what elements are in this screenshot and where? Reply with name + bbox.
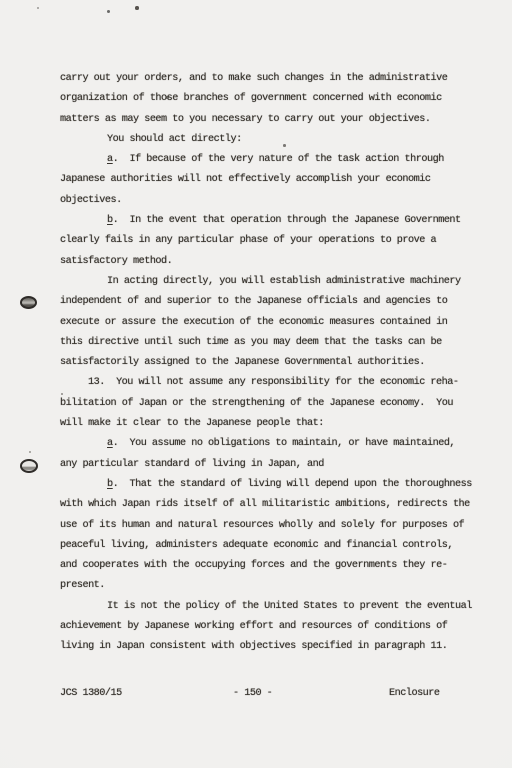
document-line: In acting directly, you will establish a… [60,272,490,292]
speck [135,6,139,10]
document-line: will make it clear to the Japanese peopl… [60,414,490,434]
footer-enclosure-label: Enclosure [389,688,440,699]
document-line: living in Japan consistent with objectiv… [60,637,490,657]
document-line: clearly fails in any particular phase of… [60,231,490,251]
footer-doc-number: JCS 1380/15 [60,688,122,699]
document-line: present. [60,576,490,596]
document-line: a. You assume no obligations to maintain… [60,434,490,454]
document-line: achievement by Japanese working effort a… [60,617,490,637]
document-line: carry out your orders, and to make such … [60,69,490,89]
document-line: and cooperates with the occupying forces… [60,556,490,576]
document-line: use of its human and natural resources w… [60,516,490,536]
ink-blot-mark [20,296,37,309]
document-line: any particular standard of living in Jap… [60,455,490,475]
document-footer: JCS 1380/15 - 150 - Enclosure [0,688,512,709]
document-line: satisfactory method. [60,252,490,272]
document-line: b. In the event that operation through t… [60,211,490,231]
document-line: independent of and superior to the Japan… [60,292,490,312]
ring-stain-mark [20,459,38,473]
document-line: this directive until such time as you ma… [60,333,490,353]
document-line: bilitation of Japan or the strengthening… [60,394,490,414]
paragraph-letter: a [107,154,113,165]
document-line: You should act directly: [60,130,490,150]
document-page: carry out your orders, and to make such … [0,0,512,768]
document-line: organization of those branches of govern… [60,89,490,109]
speck [107,10,110,13]
document-line: Japanese authorities will not effectivel… [60,170,490,190]
document-body: carry out your orders, and to make such … [60,69,490,658]
document-line: objectives. [60,191,490,211]
document-line: with which Japan rids itself of all mili… [60,495,490,515]
speck [37,7,39,9]
document-line: matters as may seem to you necessary to … [60,110,490,130]
footer-page-number: - 150 - [233,688,272,699]
paragraph-letter: b [107,479,113,490]
document-line: execute or assure the execution of the e… [60,313,490,333]
document-line: satisfactorily assigned to the Japanese … [60,353,490,373]
document-line: peaceful living, administers adequate ec… [60,536,490,556]
speck [29,451,31,453]
paragraph-letter: b [107,215,113,226]
document-line: It is not the policy of the United State… [60,597,490,617]
paragraph-letter: a [107,438,113,449]
document-line: a. If because of the very nature of the … [60,150,490,170]
document-line: 13. You will not assume any responsibili… [60,373,490,393]
document-line: b. That the standard of living will depe… [60,475,490,495]
